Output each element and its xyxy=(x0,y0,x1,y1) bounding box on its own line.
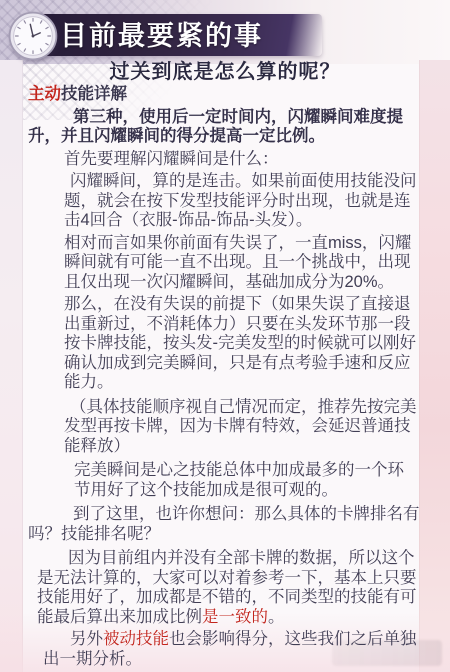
paragraph-10-lead: 另外 xyxy=(70,630,103,648)
section-heading-highlight: 主动 xyxy=(28,85,61,103)
body-paragraph-10: 另外被动技能也会影响得分，这些我们之后单独出一期分析。 xyxy=(43,630,420,669)
header-banner: 目前最要紧的事 xyxy=(26,14,322,56)
left-edge-strip xyxy=(0,60,23,672)
body-paragraph-5: 那么，在没有失误的前提下（如果失误了直接退出重新过，不消耗体力）只要在头发环节那… xyxy=(64,295,420,393)
page: 目前最要紧的事 过关到底是怎么算的呢？ 主动技能详解 第三种， xyxy=(0,0,450,672)
body-paragraph-6: （具体技能顺序视自己情况而定，推荐先按完美发型再按卡牌，因为卡牌有特效，会延迟普… xyxy=(64,398,420,457)
body-paragraph-8: 到了这里，也许你想问：那么具体的卡牌排名有吗？技能排名呢？ xyxy=(28,505,420,544)
page-subtitle: 过关到底是怎么算的呢？ xyxy=(0,55,450,84)
body-paragraph-7: 完美瞬间是心之技能总体中加成最多的一个环节用好了这个技能加成是很可观的。 xyxy=(74,461,420,500)
article-body: 主动技能详解 第三种，使用后一定时间内，闪耀瞬间难度提升，并且闪耀瞬间的得分提高… xyxy=(28,85,420,672)
body-paragraph-9: 因为目前组内并没有全部卡牌的数据，所以这个是无法计算的，大家可以对着参考一下，基… xyxy=(37,549,420,627)
body-paragraph-4: 相对而言如果你前面有失误了，一直miss，闪耀瞬间就有可能一直不出现。且一个挑战… xyxy=(64,234,420,293)
body-paragraph-1: 第三种，使用后一定时间内，闪耀瞬间难度提升，并且闪耀瞬间的得分提高一定比例。 xyxy=(28,108,420,147)
section-heading: 主动技能详解 xyxy=(28,85,420,105)
body-paragraph-3: 闪耀瞬间，算的是连击。如果前面使用技能没问题，就会在按下发型技能评分时出现，也就… xyxy=(64,172,420,231)
paragraph-9-period: 。 xyxy=(268,608,285,626)
banner-title: 目前最要紧的事 xyxy=(60,14,263,56)
right-edge-strip xyxy=(419,60,450,672)
red-emphasis-consistent: 是一致的 xyxy=(202,608,268,626)
section-heading-rest: 技能详解 xyxy=(61,85,127,103)
body-paragraph-2: 首先要理解闪耀瞬间是什么： xyxy=(64,150,420,170)
red-emphasis-passive-skill: 被动技能 xyxy=(103,630,169,648)
